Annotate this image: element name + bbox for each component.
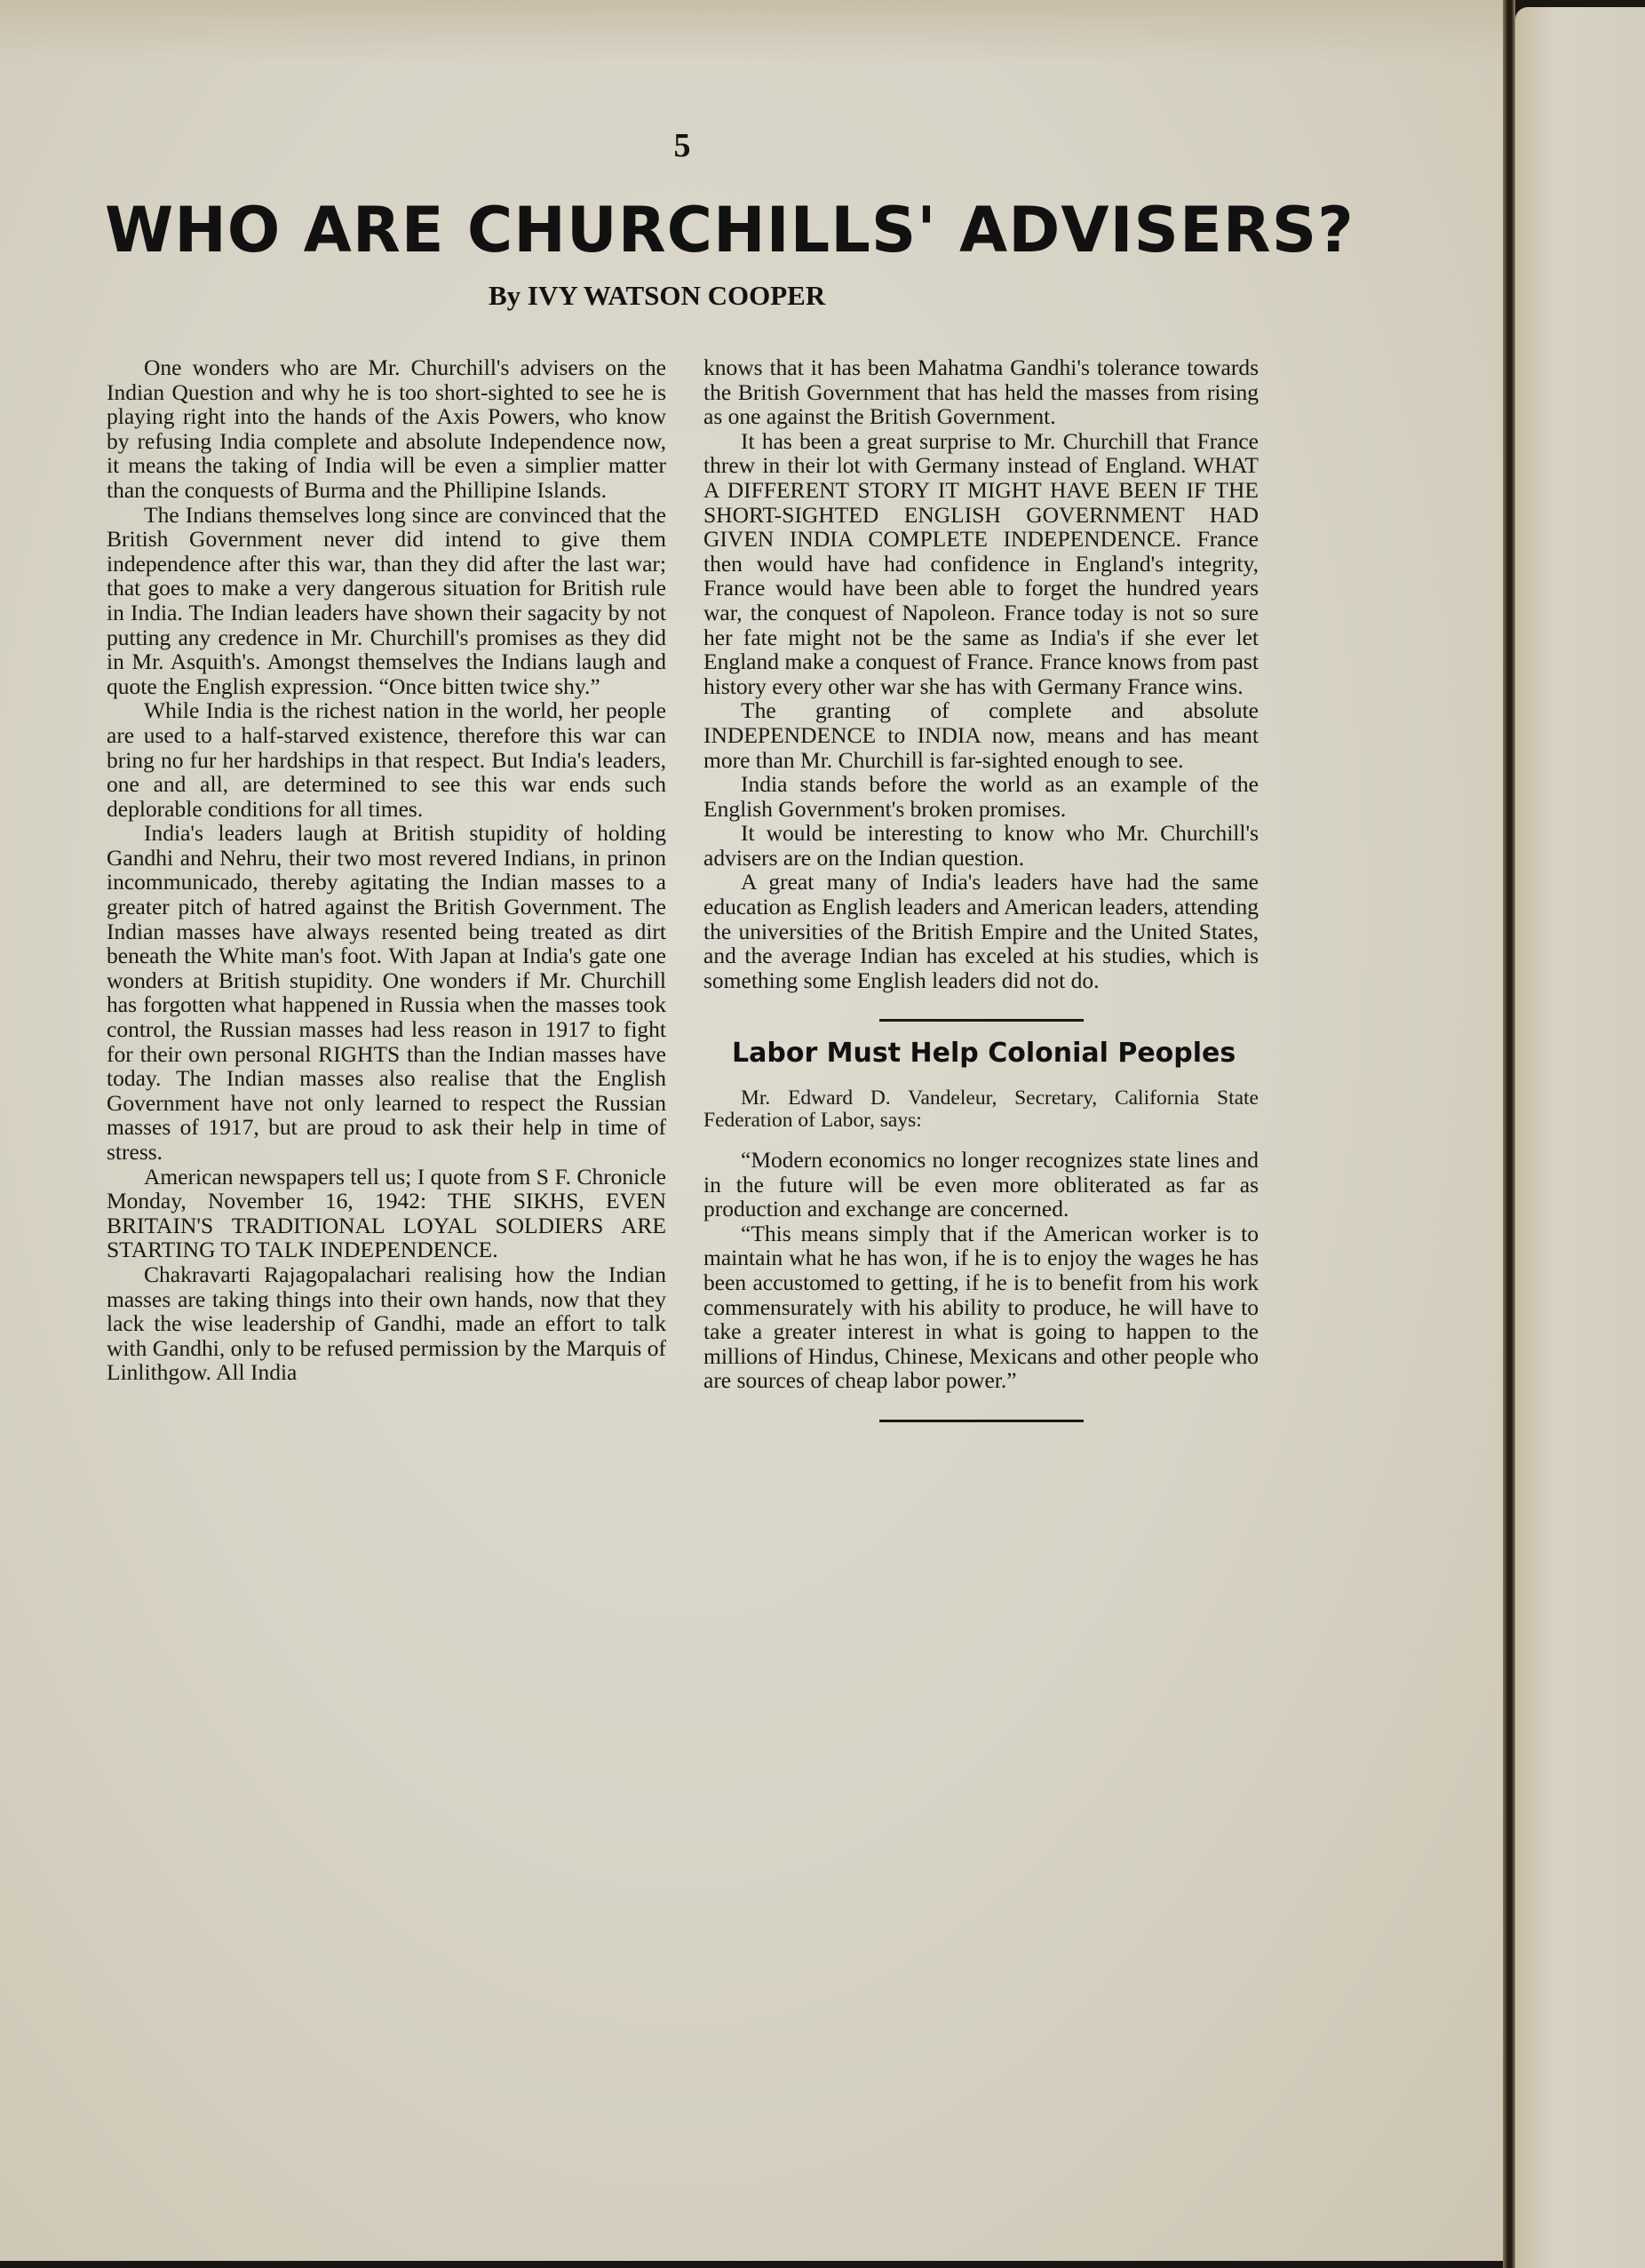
paragraph: It would be interesting to know who Mr. … xyxy=(703,821,1259,870)
page-gutter xyxy=(1503,0,1515,2268)
paragraph: knows that it has been Mahatma Gandhi's … xyxy=(703,355,1259,429)
sidebar-attribution: Mr. Edward D. Vandeleur, Secretary, Cali… xyxy=(703,1087,1259,1132)
paper-stain xyxy=(0,0,1510,62)
paragraph: The granting of complete and absolute IN… xyxy=(703,698,1259,772)
article-byline: By IVY WATSON COOPER xyxy=(489,280,906,312)
paragraph: India's leaders laugh at British stupidi… xyxy=(107,821,666,1164)
paragraph: Chakravarti Rajagopalachari realising ho… xyxy=(107,1262,666,1385)
article-left-column: One wonders who are Mr. Churchill's advi… xyxy=(107,355,666,1385)
paragraph: The Indians themselves long since are co… xyxy=(107,503,666,699)
end-divider xyxy=(879,1420,1084,1422)
section-divider xyxy=(879,1019,1084,1022)
paragraph: A great many of India's leaders have had… xyxy=(703,870,1259,992)
magazine-page: 5 WHO ARE CHURCHILLS' ADVISERS? By IVY W… xyxy=(0,0,1510,2261)
sidebar-article-title: Labor Must Help Colonial Peoples xyxy=(732,1041,1259,1066)
article-right-column: knows that it has been Mahatma Gandhi's … xyxy=(703,355,1259,1422)
paragraph: India stands before the world as an exam… xyxy=(703,772,1259,821)
quote-paragraph: “Modern economics no longer recognizes s… xyxy=(703,1148,1259,1222)
paragraph: American newspapers tell us; I quote fro… xyxy=(107,1165,666,1262)
paragraph: It has been a great surprise to Mr. Chur… xyxy=(703,429,1259,699)
page-number: 5 xyxy=(664,126,700,165)
article-title: WHO ARE CHURCHILLS' ADVISERS? xyxy=(105,194,1295,267)
adjacent-page-edge xyxy=(1515,7,1645,2268)
quote-paragraph: “This means simply that if the American … xyxy=(703,1222,1259,1393)
paragraph: While India is the richest nation in the… xyxy=(107,698,666,821)
paragraph: One wonders who are Mr. Churchill's advi… xyxy=(107,355,666,503)
